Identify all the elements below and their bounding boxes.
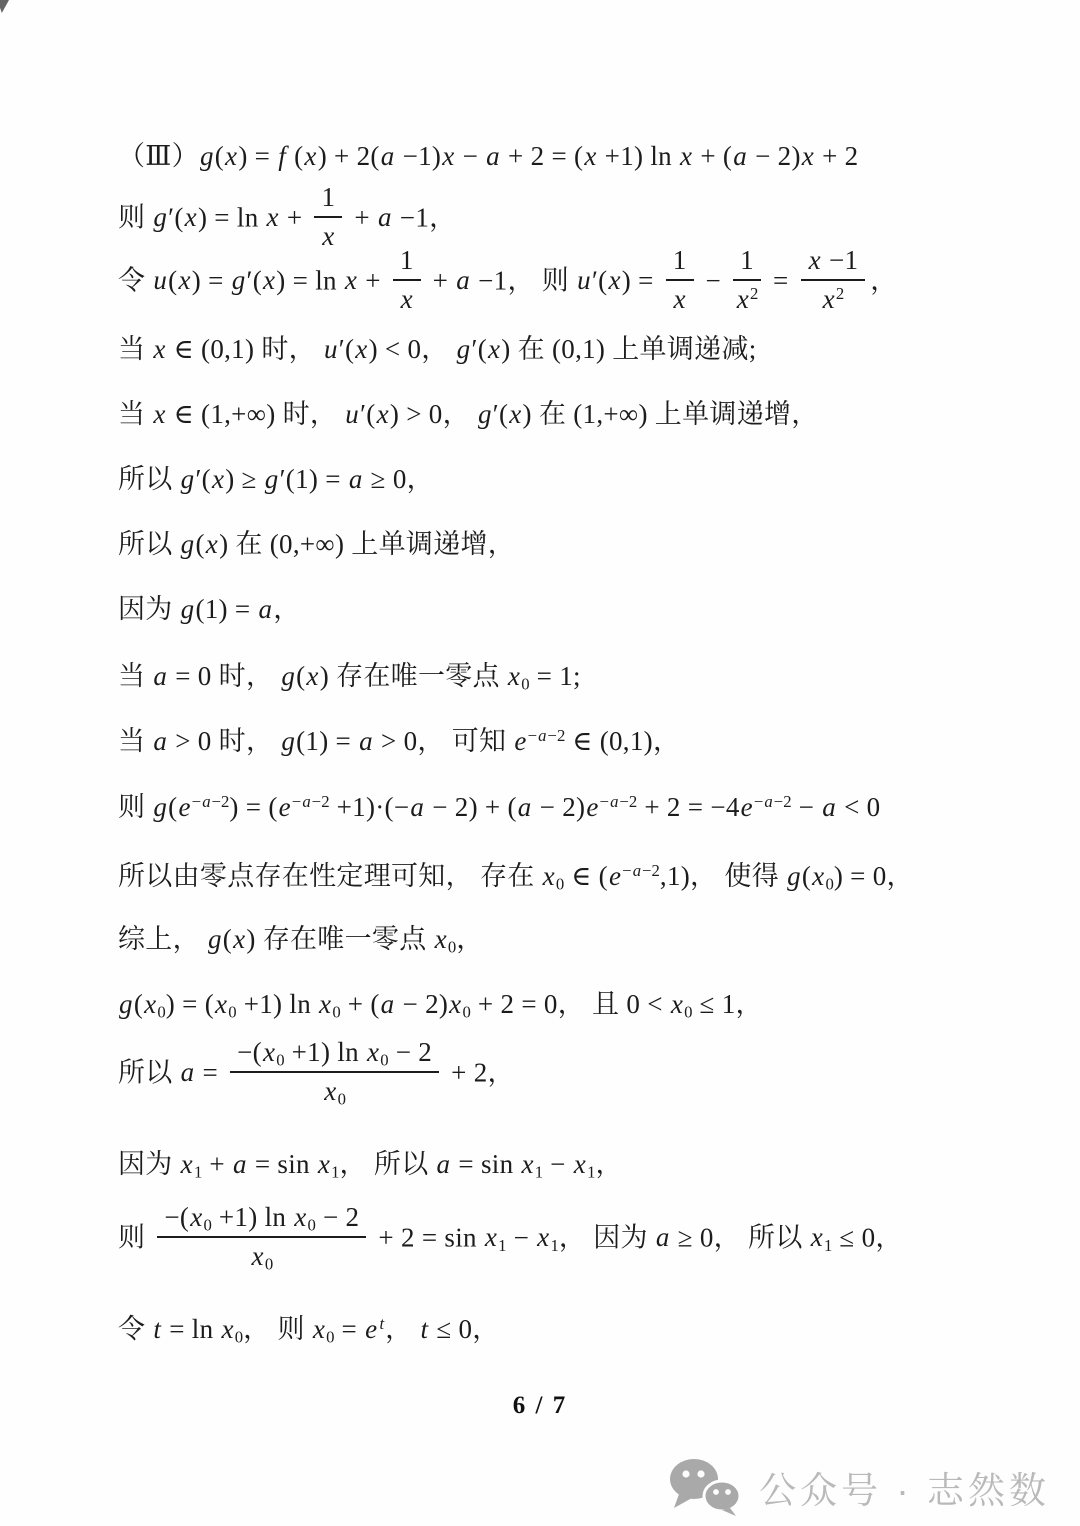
line-g1-equals-a: 因为 g(1) = a， <box>118 587 301 626</box>
line-combined-equation: 则 −(x0 +1) ln x0 − 2x0 + 2 = sin x1 − x1… <box>118 1205 903 1275</box>
line-zero-existence: 所以由零点存在性定理可知， 存在 x0 ∈ (e−a−2,1)， 使得 g(x0… <box>118 854 914 893</box>
line-g-prime-min: 所以 g′(x) ≥ g′(1) = a ≥ 0， <box>118 457 434 496</box>
line-g-definition: （Ⅲ）g(x) = f (x) + 2(a −1)x − a + 2 = (x … <box>118 134 858 173</box>
line-g-monotone: 所以 g(x) 在 (0,+∞) 上单调递增， <box>118 522 515 561</box>
line-sine-relation: 因为 x1 + a = sin x1， 所以 a = sin x1 − x1， <box>118 1142 623 1181</box>
line-g-x0-equation: g(x0) = (x0 +1) ln x0 + (a − 2)x0 + 2 = … <box>118 982 763 1021</box>
wechat-icon <box>667 1458 743 1516</box>
line-substitution-t: 令 t = ln x0， 则 x0 = et， t ≤ 0， <box>118 1307 500 1346</box>
line-summary: 综上， g(x) 存在唯一零点 x0， <box>118 917 484 956</box>
page-number: 6 / 7 <box>0 1392 1080 1420</box>
watermark-text: 公众号 · 志然数 <box>759 1460 1050 1514</box>
line-case-0-1: 当 x ∈ (0,1) 时， u′(x) < 0， g′(x) 在 (0,1) … <box>118 327 757 366</box>
scan-artifact <box>0 0 9 13</box>
watermark: 公众号 · 志然数 <box>667 1458 1050 1516</box>
line-case-1-inf: 当 x ∈ (1,+∞) 时， u′(x) > 0， g′(x) 在 (1,+∞… <box>118 392 819 431</box>
document-page: （Ⅲ）g(x) = f (x) + 2(a −1)x − a + 2 = (x … <box>0 0 1080 1526</box>
line-u-definition: 令 u(x) = g′(x) = ln x + 1x + a −1， 则 u′(… <box>118 248 898 318</box>
line-g-at-exp: 则 g(e−a−2) = (e−a−2 +1)·(−a − 2) + (a − … <box>118 785 880 824</box>
line-case-a-positive: 当 a > 0 时， g(1) = a > 0， 可知 e−a−2 ∈ (0,1… <box>118 719 680 758</box>
line-case-a-zero: 当 a = 0 时， g(x) 存在唯一零点 x0 = 1; <box>118 654 581 693</box>
line-a-expression: 所以 a = −(x0 +1) ln x0 − 2x0 + 2， <box>118 1040 515 1110</box>
